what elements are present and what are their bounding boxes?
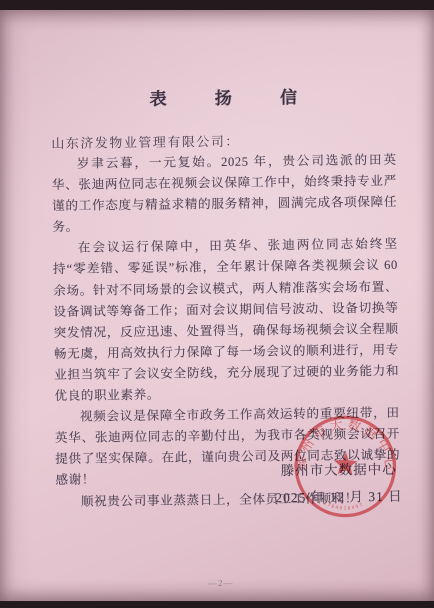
- seal-serial-number: 3704918497: [322, 500, 365, 513]
- letter-sheet: 表 扬 信 山东济发物业管理有限公司： 岁聿云暮，一元复始。2025 年，贵公司…: [0, 10, 434, 601]
- page-tilt-wrapper: 表 扬 信 山东济发物业管理有限公司： 岁聿云暮，一元复始。2025 年，贵公司…: [0, 7, 434, 603]
- paragraph-opening: 岁聿云暮，一元复始。2025 年，贵公司选派的田英华、张迪两位同志在视频会议保障…: [51, 150, 397, 239]
- official-seal-stamp: 滕州市大数据中心 3704918497: [290, 411, 400, 521]
- photographed-letter: { "letter": { "title": "表 扬 信", "salutat…: [0, 0, 434, 608]
- star-icon: [333, 452, 358, 476]
- paragraph-achievements: 在会议运行保障中，田英华、张迪两位同志始终坚持“零差错、零延误”标准，全年累计保…: [53, 234, 400, 407]
- letter-title: 表 扬 信: [51, 82, 396, 111]
- page-number: —2—: [4, 575, 434, 590]
